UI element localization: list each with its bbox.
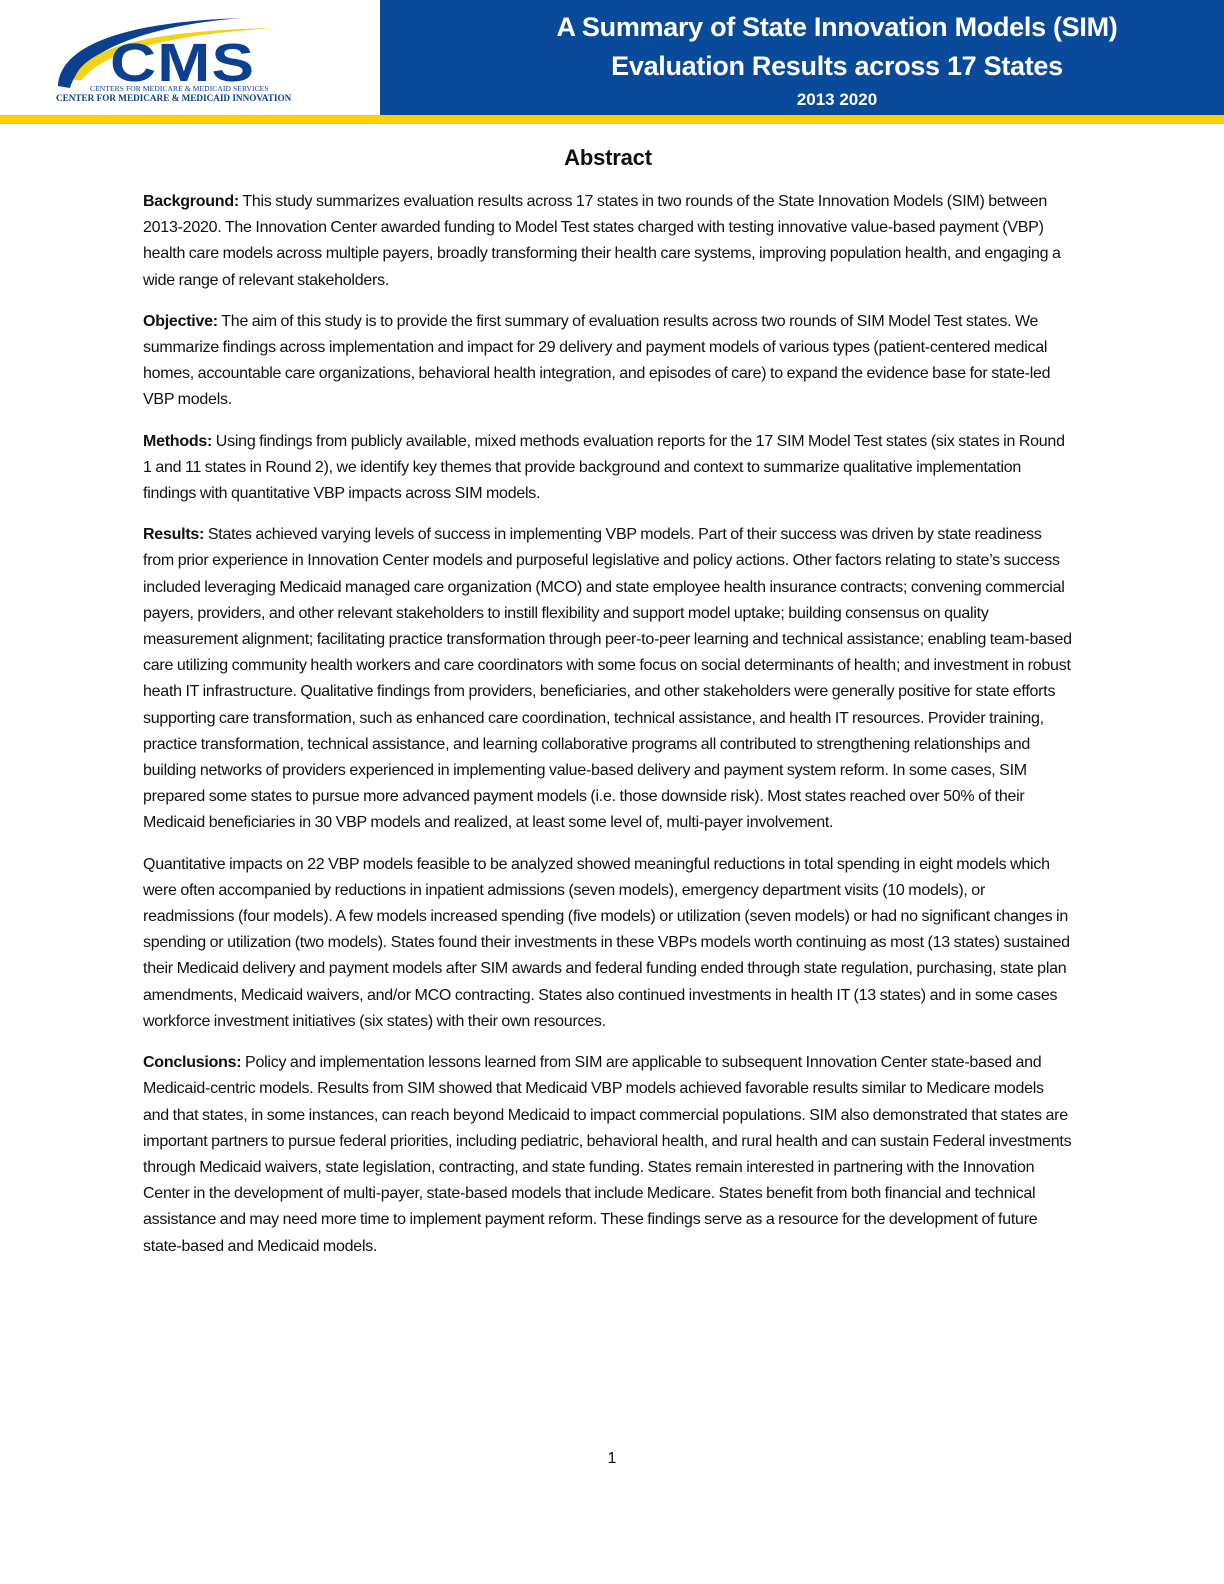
document-title-line1: A Summary of State Innovation Models (SI…	[380, 12, 1224, 43]
objective-paragraph: Objective: The aim of this study is to p…	[143, 309, 1073, 414]
abstract-body: Abstract Background: This study summariz…	[143, 140, 1073, 1275]
section-text: The aim of this study is to provide the …	[143, 313, 1050, 409]
section-text: Quantitative impacts on 22 VBP models fe…	[143, 856, 1070, 1030]
conclusions-paragraph: Conclusions: Policy and implementation l…	[143, 1050, 1073, 1260]
document-title-line2: Evaluation Results across 17 States	[380, 51, 1224, 82]
section-text: States achieved varying levels of succes…	[143, 526, 1072, 831]
title-banner: A Summary of State Innovation Models (SI…	[380, 0, 1224, 115]
results-paragraph: Results: States achieved varying levels …	[143, 522, 1073, 836]
section-text: Using findings from publicly available, …	[143, 433, 1065, 502]
section-label: Results:	[143, 526, 204, 543]
section-text: Policy and implementation lessons learne…	[143, 1054, 1071, 1254]
section-label: Conclusions:	[143, 1054, 241, 1071]
page-number: 1	[0, 1450, 1224, 1468]
document-years: 2013 2020	[380, 90, 1224, 110]
section-label: Background:	[143, 193, 239, 210]
abstract-heading: Abstract	[143, 145, 1073, 171]
quantitative-results-paragraph: Quantitative impacts on 22 VBP models fe…	[143, 852, 1073, 1035]
section-label: Objective:	[143, 313, 218, 330]
page-header: CMS CENTERS FOR MEDICARE & MEDICAID SERV…	[0, 0, 1224, 125]
logo-subtitle-innovation: CENTER FOR MEDICARE & MEDICAID INNOVATIO…	[56, 93, 291, 103]
logo-wordmark: CMS	[110, 36, 255, 90]
accent-divider	[0, 115, 1224, 124]
methods-paragraph: Methods: Using findings from publicly av…	[143, 429, 1073, 508]
section-label: Methods:	[143, 433, 212, 450]
background-paragraph: Background: This study summarizes evalua…	[143, 189, 1073, 294]
logo-subtitle-services: CENTERS FOR MEDICARE & MEDICAID SERVICES	[90, 84, 269, 93]
section-text: This study summarizes evaluation results…	[143, 193, 1061, 289]
cms-logo: CMS CENTERS FOR MEDICARE & MEDICAID SERV…	[52, 16, 312, 106]
